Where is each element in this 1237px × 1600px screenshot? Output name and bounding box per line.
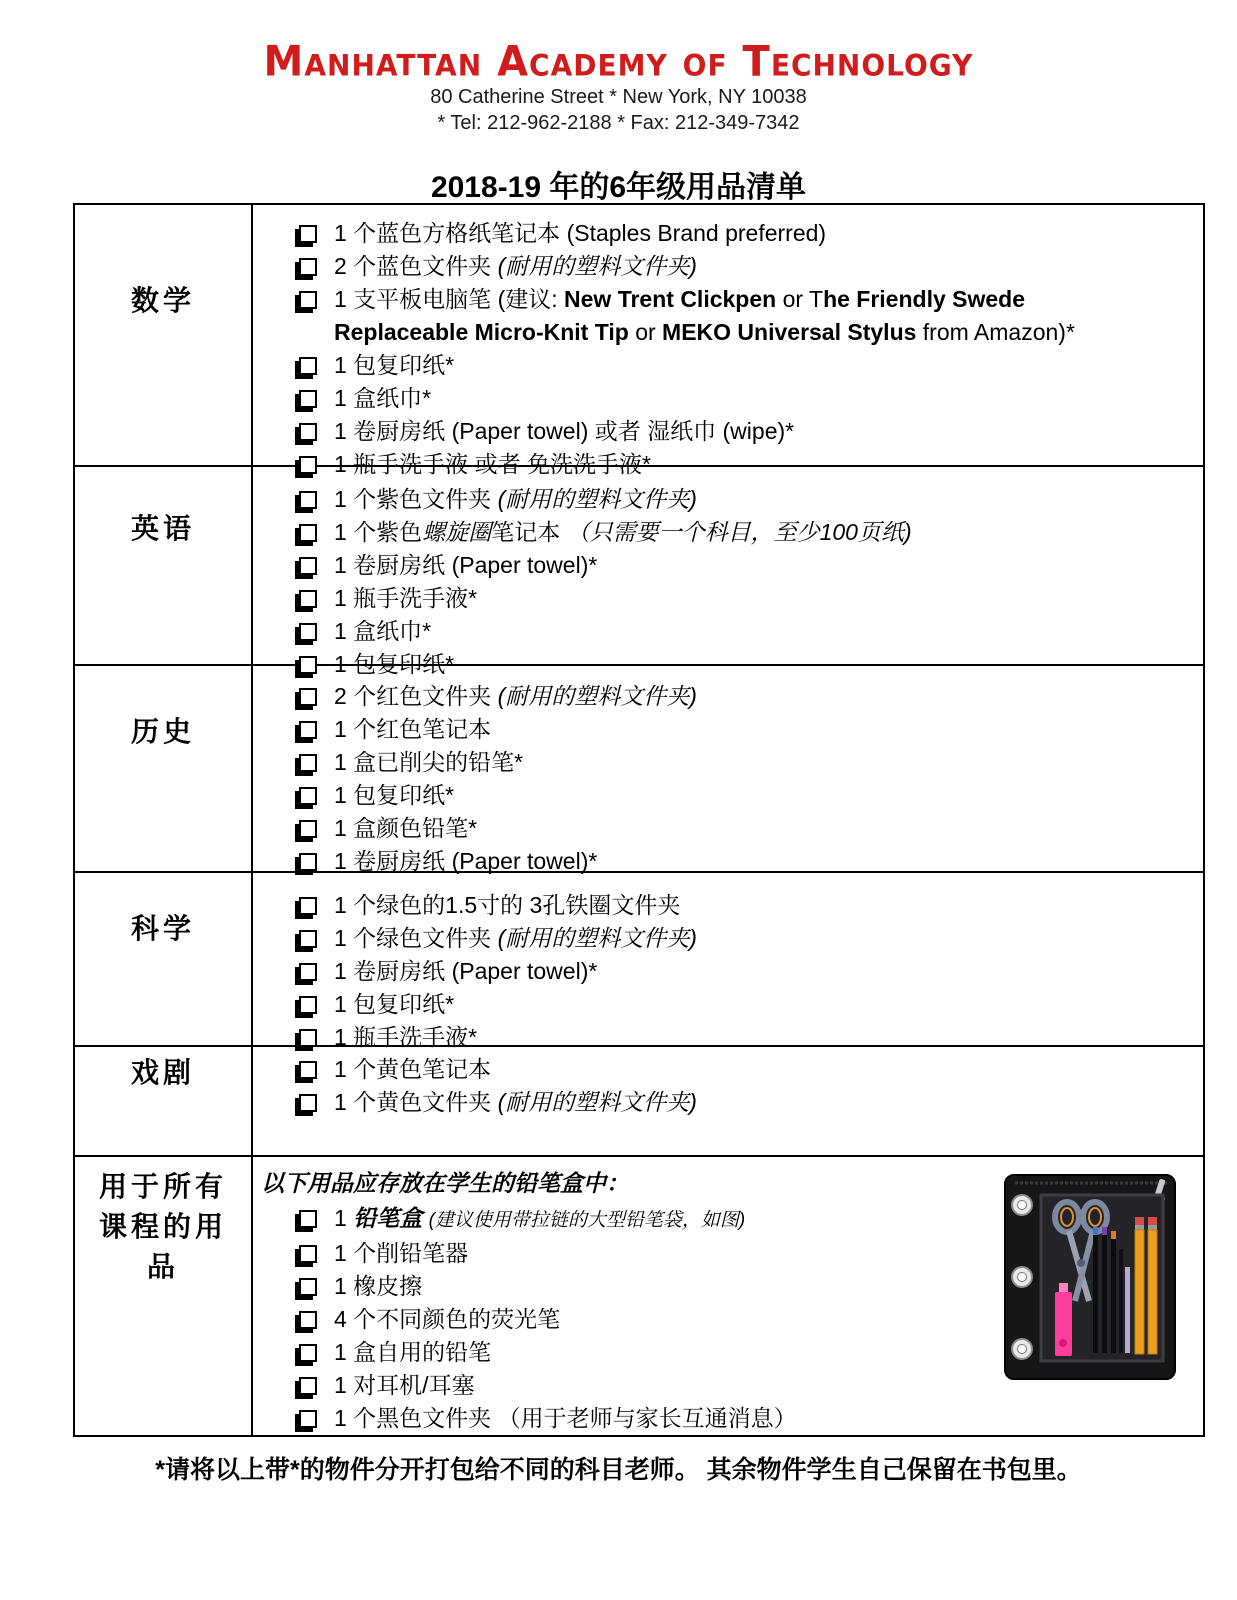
checkbox-icon (299, 1061, 317, 1079)
checkbox-icon (299, 524, 317, 542)
checkbox-icon (299, 787, 317, 805)
checkbox-icon (299, 1410, 317, 1428)
item-text: 1 橡皮擦 (334, 1270, 422, 1303)
section-label-text: 戏剧 (131, 1053, 195, 1093)
supply-item: 1 包复印纸* (253, 349, 1203, 382)
checkbox-icon (299, 721, 317, 739)
section-label-math: 数学 (75, 205, 253, 465)
address-line: 80 Catherine Street * New York, NY 10038 (0, 84, 1237, 110)
supply-item: 1 卷厨房纸 (Paper towel) 或者 湿纸巾 (wipe)* (253, 415, 1203, 448)
checkbox-icon (299, 423, 317, 441)
supply-item: 1 个紫色文件夹 (耐用的塑料文件夹) (253, 483, 1203, 516)
supply-item: 1 个黄色笔记本 (253, 1053, 1203, 1086)
section-row-history: 历史 2 个红色文件夹 (耐用的塑料文件夹)1 个红色笔记本1 盒已削尖的铅笔*… (75, 666, 1203, 873)
section-label-science: 科学 (75, 873, 253, 1045)
item-text: 1 盒自用的铅笔 (334, 1336, 491, 1369)
supply-item: 1 支平板电脑笔 (建议: New Trent Clickpen or The … (253, 283, 1203, 349)
item-text: 1 对耳机/耳塞 (334, 1369, 475, 1402)
section-items-history: 2 个红色文件夹 (耐用的塑料文件夹)1 个红色笔记本1 盒已削尖的铅笔*1 包… (253, 666, 1203, 871)
checkbox-icon (299, 1245, 317, 1263)
checkbox-icon (299, 1029, 317, 1047)
item-text: 1 个红色笔记本 (334, 713, 491, 746)
checkbox-icon (299, 623, 317, 641)
section-label-text: 英语 (131, 509, 195, 549)
supply-item: 1 盒纸巾* (253, 615, 1203, 648)
item-text: 1 铅笔盒 (建议使用带拉链的大型铅笔袋，如图) (334, 1202, 745, 1237)
supply-item: 1 个黄色文件夹 (耐用的塑料文件夹) (253, 1086, 1203, 1119)
section-label-all-courses: 用于所有课程的用品 (75, 1157, 253, 1435)
checkbox-icon (299, 590, 317, 608)
supply-item: 1 个红色笔记本 (253, 713, 1203, 746)
supply-item: 1 卷厨房纸 (Paper towel)* (253, 549, 1203, 582)
checkbox-icon (299, 1344, 317, 1362)
checkbox-icon (299, 897, 317, 915)
item-text: 1 个蓝色方格纸笔记本 (Staples Brand preferred) (334, 217, 826, 250)
item-text: 1 个绿色的1.5寸的 3孔铁圈文件夹 (334, 889, 680, 922)
item-text: 1 卷厨房纸 (Paper towel) 或者 湿纸巾 (wipe)* (334, 415, 794, 448)
section-label-text: 数学 (131, 281, 195, 321)
supply-item: 1 个绿色文件夹 (耐用的塑料文件夹) (253, 922, 1203, 955)
checkbox-icon (299, 291, 317, 309)
checkbox-icon (299, 930, 317, 948)
item-text: 1 卷厨房纸 (Paper towel)* (334, 549, 597, 582)
section-label-text: 历史 (131, 712, 195, 752)
item-text: 1 个黄色文件夹 (耐用的塑料文件夹) (334, 1086, 697, 1119)
section-row-science: 科学 1 个绿色的1.5寸的 3孔铁圈文件夹1 个绿色文件夹 (耐用的塑料文件夹… (75, 873, 1203, 1047)
item-text: 1 个黑色文件夹 （用于老师与家长互通消息） (334, 1402, 797, 1435)
section-items-english: 1 个紫色文件夹 (耐用的塑料文件夹)1 个紫色螺旋圈笔记本 （只需要一个科目，… (253, 467, 1203, 664)
item-text: 1 盒纸巾* (334, 382, 431, 415)
checkbox-icon (299, 1377, 317, 1395)
checkbox-icon (299, 754, 317, 772)
supply-item: 1 瓶手洗手液* (253, 582, 1203, 615)
supply-item: 1 盒已削尖的铅笔* (253, 746, 1203, 779)
item-text: 1 包复印纸* (334, 779, 454, 812)
item-text: 1 盒纸巾* (334, 615, 431, 648)
section-items-drama: 1 个黄色笔记本1 个黄色文件夹 (耐用的塑料文件夹) (253, 1047, 1203, 1155)
page-header: Manhattan Academy of Technology 80 Cathe… (0, 40, 1237, 206)
checkbox-icon (299, 853, 317, 871)
section-label-text: 科学 (131, 909, 195, 949)
section-label-history: 历史 (75, 666, 253, 871)
checkbox-icon (299, 225, 317, 243)
checkbox-icon (299, 1094, 317, 1112)
supply-item: 1 盒纸巾* (253, 382, 1203, 415)
supply-item: 2 个蓝色文件夹 (耐用的塑料文件夹) (253, 250, 1203, 283)
supply-list-page: Manhattan Academy of Technology 80 Cathe… (0, 0, 1237, 1600)
checkbox-icon (299, 963, 317, 981)
section-items-all-courses: 以下用品应存放在学生的铅笔盒中： 1 铅笔盒 (建议使用带拉链的大型铅笔袋，如图… (253, 1157, 1203, 1435)
supply-table: 数学 1 个蓝色方格纸笔记本 (Staples Brand preferred)… (73, 203, 1205, 1437)
checkbox-icon (299, 1311, 317, 1329)
school-name: Manhattan Academy of Technology (0, 39, 1237, 85)
checkbox-icon (299, 996, 317, 1014)
checkbox-icon (299, 357, 317, 375)
section-label-text: 用于所有课程的用品 (87, 1167, 239, 1287)
item-text: 1 卷厨房纸 (Paper towel)* (334, 955, 597, 988)
contact-line: * Tel: 212-962-2188 * Fax: 212-349-7342 (0, 110, 1237, 136)
supply-item: 1 个蓝色方格纸笔记本 (Staples Brand preferred) (253, 217, 1203, 250)
section-items-math: 1 个蓝色方格纸笔记本 (Staples Brand preferred)2 个… (253, 205, 1203, 465)
section-row-english: 英语 1 个紫色文件夹 (耐用的塑料文件夹)1 个紫色螺旋圈笔记本 （只需要一个… (75, 467, 1203, 666)
checkbox-icon (299, 390, 317, 408)
item-text: 1 盒已削尖的铅笔* (334, 746, 523, 779)
supply-item: 1 卷厨房纸 (Paper towel)* (253, 955, 1203, 988)
supply-item: 1 包复印纸* (253, 988, 1203, 1021)
item-text: 1 个绿色文件夹 (耐用的塑料文件夹) (334, 922, 697, 955)
supply-item: 1 包复印纸* (253, 779, 1203, 812)
checkbox-icon (299, 1278, 317, 1296)
page-title: 2018-19 年的6年级用品清单 (0, 162, 1237, 206)
supply-item: 2 个红色文件夹 (耐用的塑料文件夹) (253, 680, 1203, 713)
checkbox-icon (299, 491, 317, 509)
item-text: 1 个削铅笔器 (334, 1237, 468, 1270)
item-text: 1 个紫色文件夹 (耐用的塑料文件夹) (334, 483, 697, 516)
supply-item: 1 个紫色螺旋圈笔记本 （只需要一个科目，至少100页纸) (253, 516, 1203, 549)
item-text: 2 个蓝色文件夹 (耐用的塑料文件夹) (334, 250, 697, 283)
checkbox-icon (299, 688, 317, 706)
item-text: 1 包复印纸* (334, 349, 454, 382)
item-text: 1 瓶手洗手液* (334, 582, 477, 615)
section-row-all-courses: 用于所有课程的用品 以下用品应存放在学生的铅笔盒中： 1 铅笔盒 (建议使用带拉… (75, 1157, 1203, 1435)
section-items-science: 1 个绿色的1.5寸的 3孔铁圈文件夹1 个绿色文件夹 (耐用的塑料文件夹)1 … (253, 873, 1203, 1045)
item-text: 1 个紫色螺旋圈笔记本 （只需要一个科目，至少100页纸) (334, 516, 912, 549)
footer-note: *请将以上带*的物件分开打包给不同的科目老师。 其余物件学生自己保留在书包里。 (0, 1450, 1237, 1486)
section-row-drama: 戏剧 1 个黄色笔记本1 个黄色文件夹 (耐用的塑料文件夹) (75, 1047, 1203, 1157)
item-text: 2 个红色文件夹 (耐用的塑料文件夹) (334, 680, 697, 713)
item-text: 1 包复印纸* (334, 988, 454, 1021)
section-label-drama: 戏剧 (75, 1047, 253, 1155)
item-text: 4 个不同颜色的荧光笔 (334, 1303, 560, 1336)
highlighter-icon (1055, 1283, 1072, 1356)
checkbox-icon (299, 557, 317, 575)
section-row-math: 数学 1 个蓝色方格纸笔记本 (Staples Brand preferred)… (75, 205, 1203, 467)
item-text: 1 个黄色笔记本 (334, 1053, 491, 1086)
section-label-english: 英语 (75, 467, 253, 664)
supply-item: 1 个黑色文件夹 （用于老师与家长互通消息） (253, 1402, 1203, 1435)
checkbox-icon (299, 1210, 317, 1228)
item-text: 1 盒颜色铅笔* (334, 812, 477, 845)
item-text: 1 支平板电脑笔 (建议: New Trent Clickpen or The … (334, 283, 1134, 349)
checkbox-icon (299, 258, 317, 276)
checkbox-icon (299, 820, 317, 838)
supply-item: 1 盒颜色铅笔* (253, 812, 1203, 845)
supply-item: 1 个绿色的1.5寸的 3孔铁圈文件夹 (253, 889, 1203, 922)
pencil-case-photo (1001, 1171, 1181, 1383)
